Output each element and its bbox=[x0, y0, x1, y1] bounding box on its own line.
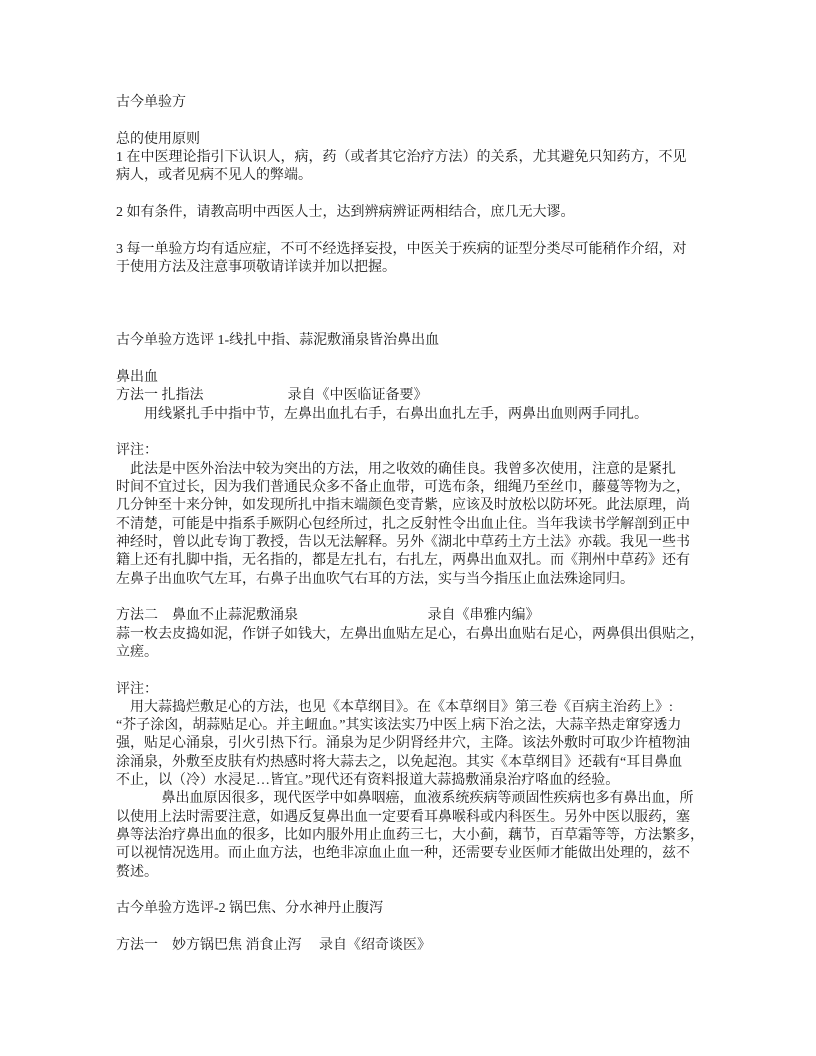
commentary-heading-line: 评注： bbox=[116, 681, 736, 699]
blank-line bbox=[116, 186, 736, 204]
blank-line bbox=[116, 222, 736, 240]
commentary-line: 鼻出血原因很多，现代医学中如鼻咽癌，血液系统疾病等顽固性疾病也多有鼻出血，所 bbox=[116, 790, 736, 808]
blank-line bbox=[116, 882, 736, 900]
method-header-line: 方法二 鼻血不止蒜泥敷涌泉 录自《串雅内编》 bbox=[116, 607, 736, 625]
article-title-line: 古今单验方选评 1-线扎中指、蒜泥敷涌泉皆治鼻出血 bbox=[116, 332, 736, 350]
method-body-line: 立瘥。 bbox=[116, 644, 736, 662]
commentary-line: 左鼻子出血吹气左耳，右鼻子出血吹气右耳的方法，实与当今指压止血法殊途同归。 bbox=[116, 571, 736, 589]
principle-line: 于使用方法及注意事项敬请详读并加以把握。 bbox=[116, 259, 736, 277]
commentary-line: 不止，以（冷）水浸足…皆宜。”现代还有资料报道大蒜捣敷涌泉治疗咯血的经验。 bbox=[116, 772, 736, 790]
commentary-line: 鼻等法治疗鼻出血的很多，比如内服外用止血药三七，大小蓟，藕节，百草霜等等，方法繁… bbox=[116, 827, 736, 845]
article-title-line: 古今单验方选评-2 锅巴焦、分水神丹止腹泻 bbox=[116, 900, 736, 918]
commentary-line: 不清楚，可能是中指系手厥阴心包经所过，扎之反射性令出血止住。当年我读书学解剖到正… bbox=[116, 516, 736, 534]
commentary-line: 籍上还有扎脚中指，无名指的，都是左扎右，右扎左，两鼻出血双扎。而《荆州中草药》还… bbox=[116, 552, 736, 570]
principle-line: 病人，或者见病不见人的弊端。 bbox=[116, 167, 736, 185]
blank-line bbox=[116, 296, 736, 314]
blank-line bbox=[116, 351, 736, 369]
commentary-line: 用大蒜捣烂敷足心的方法，也见《本草纲目》。在《本草纲目》第三卷《百病主治药上》: bbox=[116, 699, 736, 717]
method-body-line: 蒜一枚去皮捣如泥，作饼子如钱大，左鼻出血贴左足心，右鼻出血贴右足心，两鼻俱出俱贴… bbox=[116, 626, 736, 644]
blank-line bbox=[116, 314, 736, 332]
commentary-line: 此法是中医外治法中较为突出的方法，用之收效的确佳良。我曾多次使用，注意的是紧扎 bbox=[116, 461, 736, 479]
method-body-line: 用线紧扎手中指中节，左鼻出血扎右手，右鼻出血扎左手，两鼻出血则两手同扎。 bbox=[116, 406, 736, 424]
blank-line bbox=[116, 424, 736, 442]
commentary-line: 强，贴足心涌泉，引火引热下行。涌泉为足少阴肾经井穴，主降。该法外敷时可取少许植物… bbox=[116, 735, 736, 753]
commentary-line: 几分钟至十来分钟，如发现所扎中指末端颜色变青紫，应该及时放松以防坏死。此法原理，… bbox=[116, 497, 736, 515]
blank-line bbox=[116, 112, 736, 130]
document-page: 古今单验方 总的使用原则 1 在中医理论指引下认识人，病，药（或者其它治疗方法）… bbox=[0, 0, 816, 1056]
commentary-heading-line: 评注： bbox=[116, 442, 736, 460]
commentary-line: 以使用上法时需要注意，如遇反复鼻出血一定要看耳鼻喉科或内科医生。另外中医以服药，… bbox=[116, 809, 736, 827]
principle-line: 2 如有条件，请教高明中西医人士，达到辨病辨证两相结合，庶几无大谬。 bbox=[116, 204, 736, 222]
blank-line bbox=[116, 589, 736, 607]
blank-line bbox=[116, 662, 736, 680]
document-content: 古今单验方 总的使用原则 1 在中医理论指引下认识人，病，药（或者其它治疗方法）… bbox=[116, 94, 736, 955]
commentary-line: 涂涌泉，外敷至皮肤有灼热感时将大蒜去之，以免起泡。其实《本草纲目》还载有“耳目鼻… bbox=[116, 754, 736, 772]
method-header-line: 方法一 妙方锅巴焦 消食止泻 录自《绍奇谈医》 bbox=[116, 937, 736, 955]
commentary-line: 神经时，曾以此专询丁教授，告以无法解释。另外《湖北中草药土方土法》亦载。我见一些… bbox=[116, 534, 736, 552]
condition-heading-line: 鼻出血 bbox=[116, 369, 736, 387]
section-heading-line: 总的使用原则 bbox=[116, 131, 736, 149]
doc-title-line: 古今单验方 bbox=[116, 94, 736, 112]
method-header-line: 方法一 扎指法 录自《中医临证备要》 bbox=[116, 387, 736, 405]
blank-line bbox=[116, 277, 736, 295]
commentary-line: 时间不宜过长，因为我们普通民众多不备止血带，可选布条，细绳乃至丝巾，藤蔓等物为之… bbox=[116, 479, 736, 497]
principle-line: 1 在中医理论指引下认识人，病，药（或者其它治疗方法）的关系，尤其避免只知药方，… bbox=[116, 149, 736, 167]
commentary-line: 赘述。 bbox=[116, 864, 736, 882]
commentary-line: 可以视情况选用。而止血方法，也绝非凉血止血一种，还需要专业医师才能做出处理的，兹… bbox=[116, 845, 736, 863]
commentary-line: “芥子涂囟，胡蒜贴足心。并主衄血。”其实该法实乃中医上病下治之法，大蒜辛热走窜穿… bbox=[116, 717, 736, 735]
blank-line bbox=[116, 919, 736, 937]
principle-line: 3 每一单验方均有适应症，不可不经选择妄投，中医关于疾病的证型分类尽可能稍作介绍… bbox=[116, 241, 736, 259]
